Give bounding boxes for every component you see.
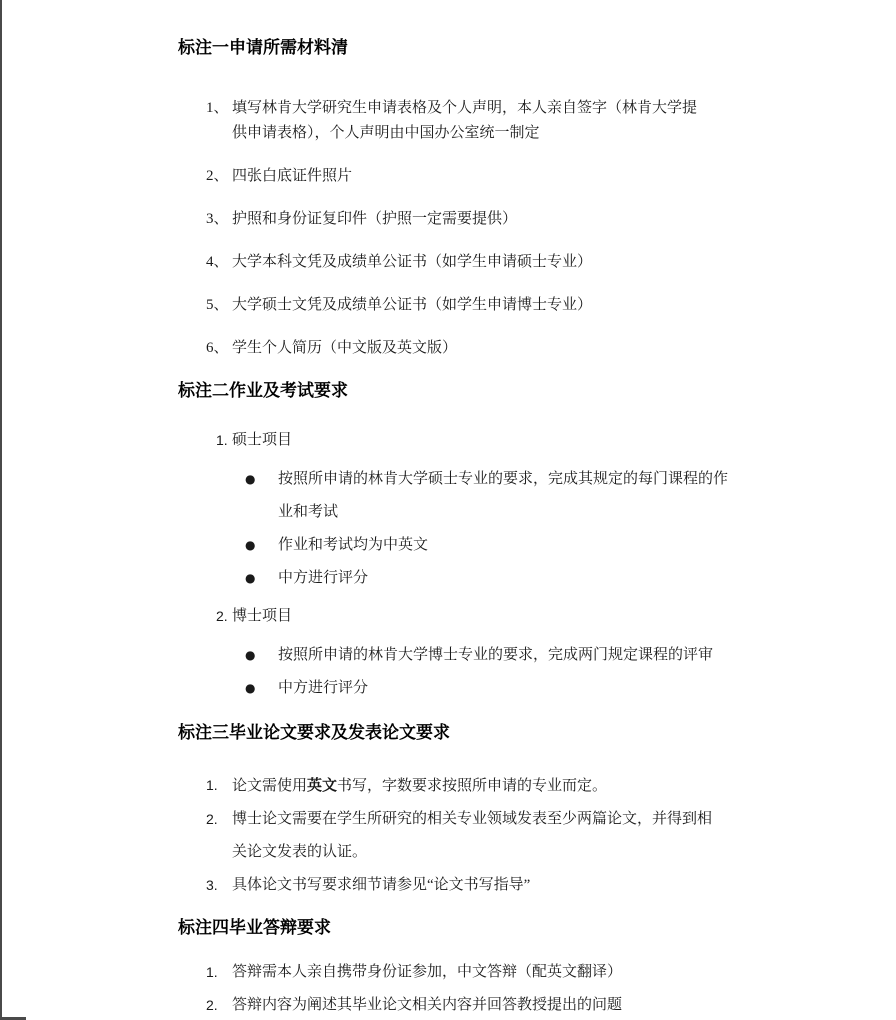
item-number: 2. bbox=[206, 989, 232, 1020]
page-left-edge bbox=[0, 0, 2, 1020]
item-number: 1、 bbox=[206, 96, 232, 146]
item-text: 论文需使用英文书写，字数要求按照所申请的专业而定。 bbox=[232, 769, 720, 803]
bullet-icon: ● bbox=[245, 562, 278, 595]
bullet-item: ● 按照所申请的林肯大学博士专业的要求，完成两门规定课程的评审 bbox=[245, 639, 756, 672]
bullet-item: ● 按照所申请的林肯大学硕士专业的要求，完成其规定的每门课程的作业和考试 bbox=[245, 463, 756, 529]
list-item: 2. 答辩内容为阐述其毕业论文相关内容并回答教授提出的问题 bbox=[206, 989, 756, 1020]
bullet-item: ● 中方进行评分 bbox=[245, 672, 756, 705]
bullet-text: 中方进行评分 bbox=[278, 672, 736, 705]
bullet-text: 作业和考试均为中英文 bbox=[278, 529, 736, 562]
list-item: 6、 学生个人简历（中文版及英文版） bbox=[206, 336, 756, 361]
bullet-icon: ● bbox=[245, 672, 278, 705]
item-number: 3、 bbox=[206, 207, 232, 232]
list-item: 1. 硕士项目 bbox=[216, 425, 756, 455]
item-text: 护照和身份证复印件（护照一定需要提供） bbox=[232, 207, 704, 232]
section-defense: 标注四毕业答辩要求 1. 答辩需本人亲自携带身份证参加，中文答辩（配英文翻译） … bbox=[178, 916, 756, 1020]
bullet-icon: ● bbox=[245, 529, 278, 562]
item-text: 具体论文书写要求细节请参见“论文书写指导” bbox=[232, 869, 720, 902]
item-text: 大学本科文凭及成绩单公证书（如学生申请硕士专业） bbox=[232, 250, 704, 275]
section-heading-defense: 标注四毕业答辩要求 bbox=[178, 916, 756, 940]
section-heading-coursework: 标注二作业及考试要求 bbox=[178, 379, 756, 403]
item-number: 6、 bbox=[206, 336, 232, 361]
item-number: 4、 bbox=[206, 250, 232, 275]
list-item: 4、 大学本科文凭及成绩单公证书（如学生申请硕士专业） bbox=[206, 250, 756, 275]
section-heading-materials: 标注一申请所需材料清 bbox=[178, 36, 756, 60]
item-number: 2. bbox=[206, 803, 232, 869]
list-item: 2. 博士项目 bbox=[216, 601, 756, 631]
item-text: 学生个人简历（中文版及英文版） bbox=[232, 336, 704, 361]
item-text: 答辩内容为阐述其毕业论文相关内容并回答教授提出的问题 bbox=[232, 989, 720, 1020]
item-text: 博士项目 bbox=[232, 601, 292, 631]
section-thesis: 标注三毕业论文要求及发表论文要求 1. 论文需使用英文书写，字数要求按照所申请的… bbox=[178, 721, 756, 902]
item-number: 2. bbox=[216, 601, 232, 631]
list-item: 3. 具体论文书写要求细节请参见“论文书写指导” bbox=[206, 869, 756, 902]
list-item: 5、 大学硕士文凭及成绩单公证书（如学生申请博士专业） bbox=[206, 293, 756, 318]
section-heading-thesis: 标注三毕业论文要求及发表论文要求 bbox=[178, 721, 756, 745]
item-text: 博士论文需要在学生所研究的相关专业领域发表至少两篇论文，并得到相关论文发表的认证… bbox=[232, 803, 720, 869]
bullet-item: ● 中方进行评分 bbox=[245, 562, 756, 595]
item-number: 1. bbox=[206, 956, 232, 989]
item-number: 1. bbox=[216, 425, 232, 455]
section-coursework: 标注二作业及考试要求 1. 硕士项目 ● 按照所申请的林肯大学硕士专业的要求，完… bbox=[178, 379, 756, 705]
bullet-icon: ● bbox=[245, 463, 278, 529]
item-text: 硕士项目 bbox=[232, 425, 292, 455]
item-text: 大学硕士文凭及成绩单公证书（如学生申请博士专业） bbox=[232, 293, 704, 318]
bullet-text: 按照所申请的林肯大学硕士专业的要求，完成其规定的每门课程的作业和考试 bbox=[278, 463, 736, 529]
list-item: 1、 填写林肯大学研究生申请表格及个人声明，本人亲自签字（林肯大学提供申请表格）… bbox=[206, 96, 756, 146]
item-text-prefix: 论文需使用 bbox=[232, 778, 307, 794]
list-item: 1. 论文需使用英文书写，字数要求按照所申请的专业而定。 bbox=[206, 769, 756, 803]
list-item: 2. 博士论文需要在学生所研究的相关专业领域发表至少两篇论文，并得到相关论文发表… bbox=[206, 803, 756, 869]
bullet-icon: ● bbox=[245, 639, 278, 672]
item-text: 填写林肯大学研究生申请表格及个人声明，本人亲自签字（林肯大学提供申请表格），个人… bbox=[232, 96, 704, 146]
item-number: 5、 bbox=[206, 293, 232, 318]
item-number: 3. bbox=[206, 869, 232, 902]
item-text-suffix: 书写，字数要求按照所申请的专业而定。 bbox=[337, 778, 607, 794]
bullet-text: 按照所申请的林肯大学博士专业的要求，完成两门规定课程的评审 bbox=[278, 639, 736, 672]
item-number: 1. bbox=[206, 769, 232, 803]
item-text: 答辩需本人亲自携带身份证参加，中文答辩（配英文翻译） bbox=[232, 956, 720, 989]
item-number: 2、 bbox=[206, 164, 232, 189]
item-text: 四张白底证件照片 bbox=[232, 164, 704, 189]
list-item: 1. 答辩需本人亲自携带身份证参加，中文答辩（配英文翻译） bbox=[206, 956, 756, 989]
section-materials: 标注一申请所需材料清 1、 填写林肯大学研究生申请表格及个人声明，本人亲自签字（… bbox=[178, 36, 756, 361]
list-item: 3、 护照和身份证复印件（护照一定需要提供） bbox=[206, 207, 756, 232]
bullet-text: 中方进行评分 bbox=[278, 562, 736, 595]
list-item: 2、 四张白底证件照片 bbox=[206, 164, 756, 189]
document-page: 标注一申请所需材料清 1、 填写林肯大学研究生申请表格及个人声明，本人亲自签字（… bbox=[178, 36, 756, 1020]
bullet-item: ● 作业和考试均为中英文 bbox=[245, 529, 756, 562]
item-text-bold: 英文 bbox=[307, 777, 337, 794]
